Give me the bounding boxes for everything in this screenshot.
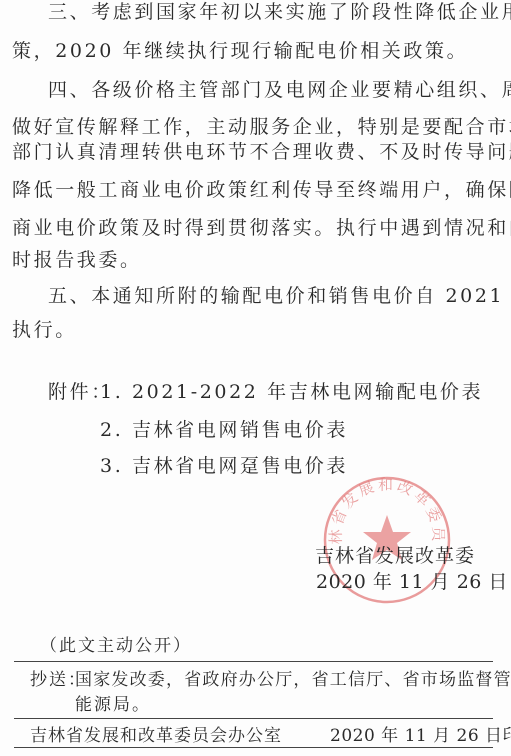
paragraph-4-line-4: 降低一般工商业电价政策红利传导至终端用户，确保降低一般工	[12, 178, 511, 202]
paragraph-4-line-1: 四、各级价格主管部门及电网企业要精心组织、周密安排，	[48, 78, 511, 102]
divider-bottom	[14, 747, 493, 748]
cc-recipients-line-1: 国家发改委，省政府办公厅，省工信厅、省市场监督管理厅，省	[75, 668, 511, 692]
divider-top	[14, 661, 493, 662]
issuing-office: 吉林省发展和改革委员会办公室	[30, 724, 282, 748]
paragraph-5-line-1: 五、本通知所附的输配电价和销售电价自 2021 年 1 月 1 日	[48, 284, 511, 308]
print-date: 2020 年 11 月 26 日印发	[330, 724, 511, 748]
attachment-item-1: 1. 2021-2022 年吉林电网输配电价表	[100, 380, 483, 404]
attachment-item-3: 3. 吉林省电网趸售电价表	[100, 454, 348, 478]
paragraph-3-line-1: 三、考虑到国家年初以来实施了阶段性降低企业用电成本政	[48, 0, 490, 24]
cc-recipients-line-2: 能源局。	[75, 693, 151, 717]
attachment-item-2: 2. 吉林省电网销售电价表	[100, 418, 348, 442]
issuer-name: 吉林省发展改革委	[315, 544, 475, 568]
paragraph-4-line-3: 部门认真清理转供电环节不合理收费、不及时传导问题，切实将	[12, 140, 511, 164]
paragraph-3-line-2: 策，2020 年继续执行现行输配电价相关政策。	[12, 39, 468, 63]
divider-middle	[14, 718, 493, 719]
paragraph-4-line-2: 做好宣传解释工作，主动服务企业，特别是要配合市场监督管理	[12, 115, 511, 139]
paragraph-4-line-6: 时报告我委。	[12, 248, 142, 272]
paragraph-5-line-2: 执行。	[12, 318, 77, 342]
document-page: 三、考虑到国家年初以来实施了阶段性降低企业用电成本政 策，2020 年继续执行现…	[0, 0, 511, 756]
paragraph-4-line-5: 商业电价政策及时得到贯彻落实。执行中遇到情况和问题，请及	[12, 216, 511, 240]
disclosure-note: （此文主动公开）	[40, 634, 192, 658]
issue-date: 2020 年 11 月 26 日	[316, 570, 508, 594]
